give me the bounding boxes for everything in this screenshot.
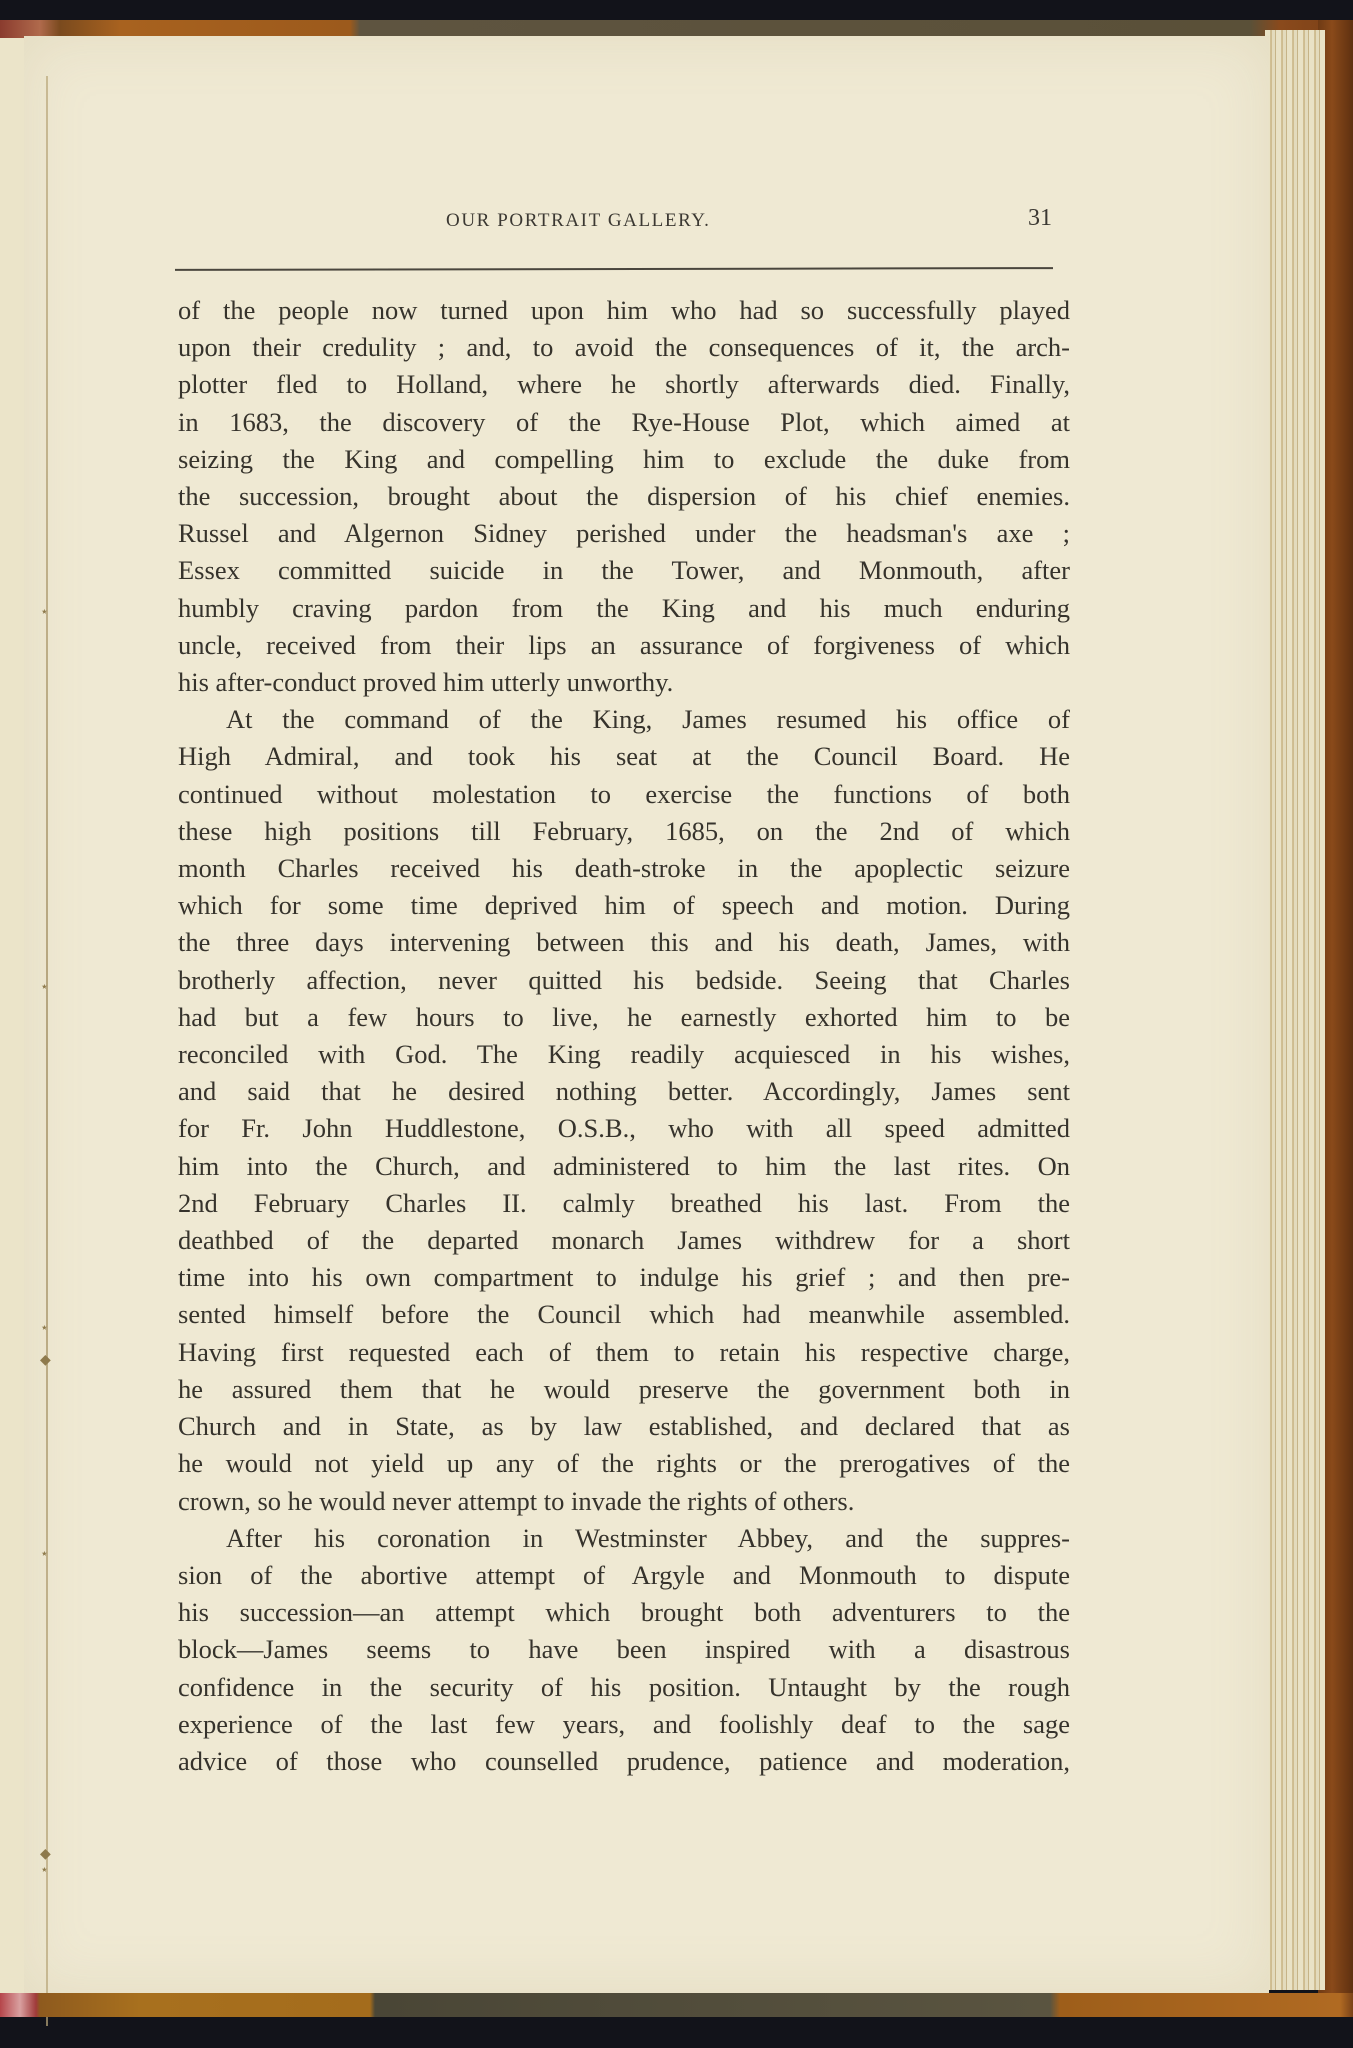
running-head: OUR PORTRAIT GALLERY. [446, 210, 711, 232]
text-line: in 1683, the discovery of the Rye-House … [178, 404, 1070, 441]
binding-stitch-icon: ⋆ [40, 1322, 49, 1336]
text-line: for Fr. John Huddlestone, O.S.B., who wi… [178, 1110, 1070, 1147]
binding-stitch-icon: ⋆ [40, 1548, 49, 1562]
text-line: seizing the King and compelling him to e… [178, 441, 1070, 478]
text-line: advice of those who counselled prudence,… [178, 1743, 1070, 1780]
page-number: 31 [1028, 205, 1052, 232]
text-line: and said that he desired nothing better.… [178, 1073, 1070, 1110]
text-line: his succession—an attempt which brought … [178, 1594, 1070, 1631]
text-line: High Admiral, and took his seat at the C… [178, 738, 1070, 775]
paragraph: of the people now turned upon him who ha… [178, 292, 1070, 701]
binding-stitch-icon: ◆ [40, 1354, 51, 1368]
text-line: block—James seems to have been inspired … [178, 1631, 1070, 1668]
text-line: Having first requested each of them to r… [178, 1334, 1070, 1371]
binding-stitch-icon: ◆ [40, 1848, 51, 1862]
text-line: humbly craving pardon from the King and … [178, 590, 1070, 627]
text-line: the succession, brought about the disper… [178, 478, 1070, 515]
binding-stitch-icon: ⋆ [40, 1864, 49, 1878]
text-line: plotter fled to Holland, where he shortl… [178, 366, 1070, 403]
text-line: he assured them that he would preserve t… [178, 1371, 1070, 1408]
text-line: Russel and Algernon Sidney perished unde… [178, 515, 1070, 552]
text-line: upon their credulity ; and, to avoid the… [178, 329, 1070, 366]
text-line: month Charles received his death-stroke … [178, 850, 1070, 887]
text-line: experience of the last few years, and fo… [178, 1706, 1070, 1743]
paragraph: After his coronation in Westminster Abbe… [178, 1520, 1070, 1780]
text-line: his after-conduct proved him utterly unw… [178, 664, 1070, 701]
previous-page-edge [0, 38, 27, 1993]
binding-stitch-icon: ⋆ [40, 606, 49, 620]
page-stack-edge [1265, 30, 1325, 1990]
text-line: the three days intervening between this … [178, 924, 1070, 961]
text-line: had but a few hours to live, he earnestl… [178, 999, 1070, 1036]
text-line: At the command of the King, James resume… [178, 701, 1070, 738]
paragraph: At the command of the King, James resume… [178, 701, 1070, 1519]
text-line: these high positions till February, 1685… [178, 813, 1070, 850]
text-line: which for some time deprived him of spee… [178, 887, 1070, 924]
text-line: of the people now turned upon him who ha… [178, 292, 1070, 329]
body-text: of the people now turned upon him who ha… [178, 292, 1070, 1780]
text-line: reconciled with God. The King readily ac… [178, 1036, 1070, 1073]
text-line: sion of the abortive attempt of Argyle a… [178, 1557, 1070, 1594]
book-cover-bottom-edge [0, 1993, 1353, 2017]
text-line: Essex committed suicide in the Tower, an… [178, 552, 1070, 589]
text-line: uncle, received from their lips an assur… [178, 627, 1070, 664]
text-line: brotherly affection, never quitted his b… [178, 962, 1070, 999]
text-line: Church and in State, as by law establish… [178, 1408, 1070, 1445]
text-line: continued without molestation to exercis… [178, 776, 1070, 813]
text-line: 2nd February Charles II. calmly breathed… [178, 1185, 1070, 1222]
text-line: After his coronation in Westminster Abbe… [178, 1520, 1070, 1557]
binding-stitch-icon: ⋆ [40, 981, 49, 995]
binding-gutter [46, 76, 48, 2026]
text-line: deathbed of the departed monarch James w… [178, 1222, 1070, 1259]
text-line: time into his own compartment to indulge… [178, 1259, 1070, 1296]
text-line: crown, so he would never attempt to inva… [178, 1483, 1070, 1520]
text-line: him into the Church, and administered to… [178, 1148, 1070, 1185]
text-line: sented himself before the Council which … [178, 1296, 1070, 1333]
text-line: confidence in the security of his positi… [178, 1669, 1070, 1706]
text-line: he would not yield up any of the rights … [178, 1445, 1070, 1482]
